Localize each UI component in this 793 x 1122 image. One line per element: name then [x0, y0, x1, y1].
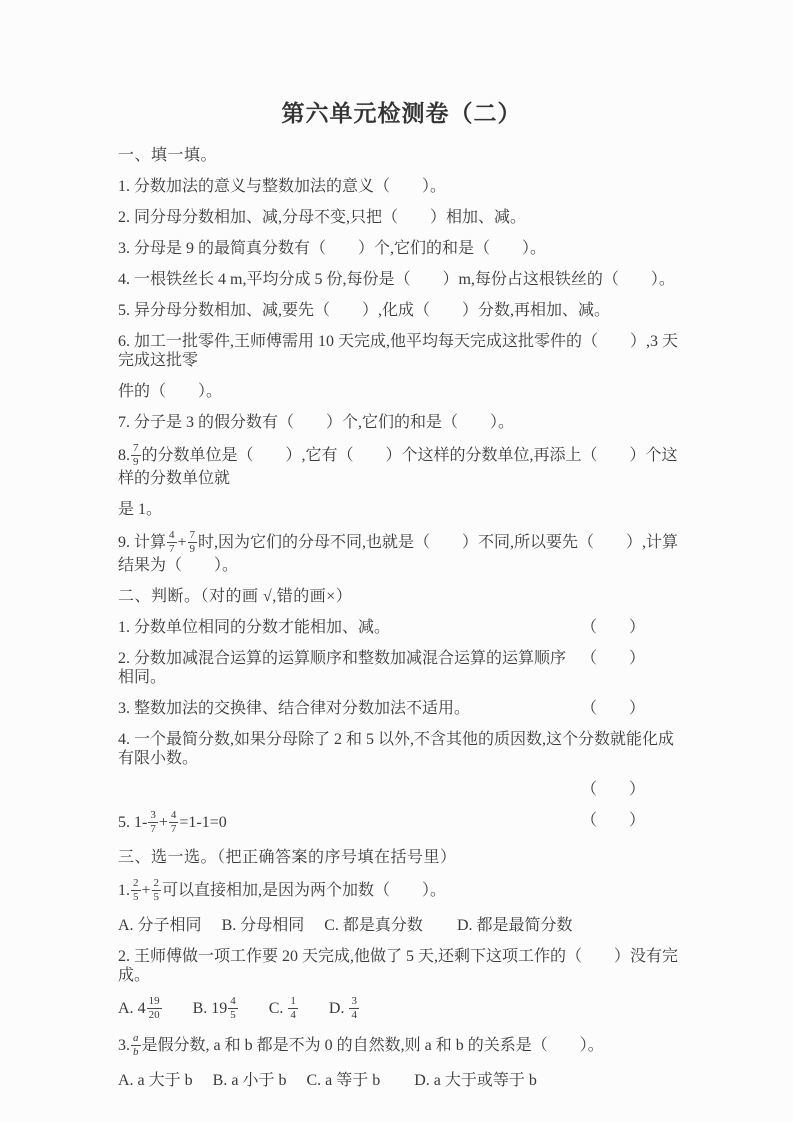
fraction-denominator: 4 [349, 1009, 359, 1021]
test-paper-page: 第六单元检测卷（二） 一、填一填。 1. 分数加法的意义与整数加法的意义（ ）。… [0, 0, 793, 1122]
fraction-3-4: 34 [348, 996, 360, 1021]
fraction-2-5: 25 [130, 878, 142, 903]
fraction-numerator: 1 [288, 996, 298, 1009]
s1-q9-lead: 9. 计算 [118, 534, 166, 551]
s3-question-3: 3.ab是假分数, a 和 b 都是不为 0 的自然数,则 a 和 b 的关系是… [118, 1034, 685, 1059]
s1-question-6-line1: 6. 加工一批零件,王师傅需用 10 天完成,他平均每天完成这批零件的（ ）,3… [118, 332, 685, 370]
option-c: C. 都是真分数 [324, 917, 423, 934]
fraction-1-4: 14 [287, 996, 299, 1021]
fraction-denominator: 5 [228, 1009, 238, 1021]
s2-question-5: 5. 1-37+47=1-1=0 （ ） [118, 811, 685, 836]
s2-q2-text: 2. 分数加减混合运算的运算顺序和整数加减混合运算的运算顺序相同。 [118, 649, 569, 687]
option-label: D. [329, 1000, 345, 1017]
s1-question-4: 4. 一根铁丝长 4 m,平均分成 5 份,每份是（ ）m,每份占这根铁丝的（ … [118, 270, 685, 289]
section1-header: 一、填一填。 [118, 146, 685, 165]
s1-q8-text: 的分数单位是（ ）,它有（ ）个这样的分数单位,再添上（ ）个这样的分数单位就 [118, 447, 678, 487]
section2-header: 二、判断。（对的画 √,错的画×） [118, 587, 685, 606]
option-c: C. a 等于 b [306, 1072, 380, 1089]
s1-q8-number: 8. [118, 447, 130, 464]
s3-question-2: 2. 王师傅做一项工作要 20 天完成,他做了 5 天,还剩下这项工作的（ ）没… [118, 947, 685, 985]
option-b: B. a 小于 b [213, 1072, 287, 1089]
fraction-numerator: 4 [167, 530, 177, 543]
plus-operator: + [159, 814, 168, 831]
answer-parentheses: （ ） [581, 811, 645, 830]
page-title: 第六单元检测卷（二） [118, 100, 685, 128]
s2-q3-text: 3. 整数加法的交换律、结合律对分数加法不适用。 [118, 699, 470, 718]
s1-question-2: 2. 同分母分数相加、减,分母不变,只把（ ）相加、减。 [118, 208, 685, 227]
option-d: D. 34 [329, 1000, 360, 1017]
section3-header: 三、选一选。（把正确答案的序号填在括号里） [118, 848, 685, 867]
option-d: D. a 大于或等于 b [414, 1072, 537, 1089]
fraction-numerator: 3 [148, 810, 158, 823]
s1-question-3: 3. 分母是 9 的最简真分数有（ ）个,它们的和是（ ）。 [118, 239, 685, 258]
s1-question-5: 5. 异分母分数相加、减,要先（ ）,化成（ ）分数,再相加、减。 [118, 301, 685, 320]
fraction-4-7: 47 [168, 810, 180, 835]
option-a: A. 41920 [118, 1000, 163, 1017]
fraction-denominator: 9 [188, 543, 198, 555]
s2-question-1: 1. 分数单位相同的分数才能相加、减。 （ ） [118, 618, 685, 637]
fraction-numerator: 4 [228, 996, 238, 1009]
fraction-7-9: 79 [187, 530, 199, 555]
fraction-denominator: 5 [152, 891, 162, 903]
fraction-denominator: 7 [148, 823, 158, 835]
option-d: D. 都是最简分数 [457, 917, 573, 934]
answer-parentheses: （ ） [581, 618, 645, 637]
s3-q1-options-row: A. 分子相同B. 分母相同C. 都是真分数D. 都是最简分数 [118, 916, 685, 935]
s3-q3-options-row: A. a 大于 bB. a 小于 bC. a 等于 bD. a 大于或等于 b [118, 1071, 685, 1090]
option-a: A. a 大于 b [118, 1072, 193, 1089]
fraction-numerator: 2 [152, 878, 162, 891]
plus-operator: + [178, 534, 187, 551]
option-b: B. 分母相同 [222, 917, 305, 934]
s1-q9-text: 时,因为它们的分母不同,也就是（ ）不同,所以要先（ ）,计算结果为（ ）。 [118, 534, 678, 574]
fraction-numerator: 7 [188, 530, 198, 543]
fraction-denominator: 20 [147, 1009, 162, 1021]
fraction-numerator: 19 [147, 996, 162, 1009]
s1-question-8-line1: 8.79的分数单位是（ ）,它有（ ）个这样的分数单位,再添上（ ）个这样的分数… [118, 444, 685, 488]
s2-question-4: 4. 一个最简分数,如果分母除了 2 和 5 以外,不含其他的质因数,这个分数就… [118, 730, 685, 768]
fraction-denominator: 4 [288, 1009, 298, 1021]
s3-q3-lead: 3. [118, 1037, 130, 1054]
fraction-numerator: 3 [349, 996, 359, 1009]
s2-question-4-parens: （ ） [118, 780, 685, 799]
mixed-number-integer: 19 [211, 999, 227, 1018]
fraction-4-7: 47 [166, 530, 178, 555]
answer-parentheses: （ ） [581, 699, 645, 718]
fraction-4-5: 45 [227, 996, 239, 1021]
fraction-denominator: 9 [131, 456, 141, 468]
s3-q3-text: 是假分数, a 和 b 都是不为 0 的自然数,则 a 和 b 的关系是（ ）。 [142, 1037, 604, 1054]
fraction-numerator: 2 [131, 878, 141, 891]
s1-question-9: 9. 计算47+79时,因为它们的分母不同,也就是（ ）不同,所以要先（ ）,计… [118, 531, 685, 575]
s1-question-8-line2: 是 1。 [118, 500, 685, 519]
mixed-number-integer: 4 [138, 999, 146, 1018]
s3-q2-options-row: A. 41920 B. 1945 C. 14 D. 34 [118, 997, 685, 1022]
fraction-denominator: 7 [169, 823, 179, 835]
s3-q1-text: 可以直接相加,是因为两个加数（ ）。 [162, 882, 446, 899]
plus-operator: + [142, 882, 151, 899]
option-label: A. [118, 1000, 134, 1017]
s3-question-1: 1.25+25可以直接相加,是因为两个加数（ ）。 [118, 879, 685, 904]
fraction-numerator: 7 [131, 443, 141, 456]
s1-question-1: 1. 分数加法的意义与整数加法的意义（ ）。 [118, 177, 685, 196]
s2-question-3: 3. 整数加法的交换律、结合律对分数加法不适用。 （ ） [118, 699, 685, 718]
s2-q5-lead: 5. 1- [118, 814, 147, 831]
s2-question-2: 2. 分数加减混合运算的运算顺序和整数加减混合运算的运算顺序相同。 （ ） [118, 649, 685, 687]
fraction-denominator: 5 [131, 891, 141, 903]
s1-question-6-line2: 件的（ ）。 [118, 382, 685, 401]
fraction-a-b: ab [130, 1033, 142, 1058]
option-a: A. 分子相同 [118, 917, 202, 934]
option-b: B. 1945 [193, 1000, 239, 1017]
answer-parentheses: （ ） [581, 649, 645, 668]
option-c: C. 14 [269, 1000, 299, 1017]
fraction-denominator: 7 [167, 543, 177, 555]
fraction-numerator: a [131, 1033, 141, 1046]
fraction-19-20: 1920 [146, 996, 163, 1021]
option-label: C. [269, 1000, 284, 1017]
s1-question-7: 7. 分子是 3 的假分数有（ ）个,它们的和是（ ）。 [118, 413, 685, 432]
s3-q1-lead: 1. [118, 882, 130, 899]
fraction-7-9: 79 [130, 443, 142, 468]
fraction-numerator: 4 [169, 810, 179, 823]
fraction-denominator: b [131, 1046, 141, 1058]
fraction-3-7: 37 [147, 810, 159, 835]
option-label: B. [193, 1000, 208, 1017]
s2-q5-expression: 5. 1-37+47=1-1=0 [118, 811, 227, 836]
s2-q1-text: 1. 分数单位相同的分数才能相加、减。 [118, 618, 390, 637]
s2-q5-tail: =1-1=0 [179, 814, 226, 831]
fraction-2-5: 25 [151, 878, 163, 903]
